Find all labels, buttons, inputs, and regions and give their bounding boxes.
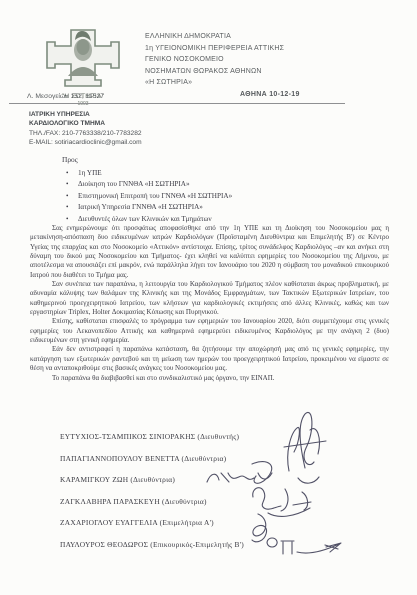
signature-list: ΕΥΤΥΧΙΟΣ-ΤΣΑΜΠΙΚΟΣ ΣΙΝΙΟΡΑΚΗΣ (Διευθυντή… xyxy=(60,426,244,555)
body-paragraph: Το παραπάνω θα διαβιβασθεί και στο συνδι… xyxy=(30,374,389,383)
department-line: E-MAIL: sotiriacardioclinic@gmail.com xyxy=(29,138,142,147)
signature-name: ΚΑΡΑΜΙΓΚΟΥ ΖΩΗ (Διευθύντρια) xyxy=(60,475,175,484)
letter-body: Σας ενημερώνουμε ότι προσφάτως αποφασίσθ… xyxy=(30,224,389,383)
signature-name: ΠΑΠΑΓΙΑΝΝΟΠΟΥΛΟΥ ΒΕΝΕΤΤΑ (Διευθύντρια) xyxy=(60,454,226,463)
signature-name: ΠΑΥΛΟΥΡΟΣ ΘΕΟΔΩΡΟΣ (Επικουρικός-Επιμελητ… xyxy=(60,540,244,549)
org-header-line: «Η ΣΩΤΗΡΙΑ» xyxy=(145,77,284,89)
department-line: ΙΑΤΡΙΚΗ ΥΠΗΡΕΣΙΑ xyxy=(29,110,142,119)
org-header: ΕΛΛΗΝΙΚΗ ΔΗΜΟΚΡΑΤΙΑ1η ΥΓΕΙΟΝΟΜΙΚΗ ΠΕΡΙΦΕ… xyxy=(145,31,284,89)
org-header-line: 1η ΥΓΕΙΟΝΟΜΙΚΗ ΠΕΡΙΦΕΡΕΙΑ ΑΤΤΙΚΗΣ xyxy=(145,43,284,55)
body-paragraph: Επίσης, καθίσταται επισφαλές το πρόγραμμ… xyxy=(30,317,389,345)
org-header-line: ΓΕΝΙΚΟ ΝΟΣΟΚΟΜΕΙΟ xyxy=(145,54,284,66)
department-line: ΤΗΛ./FAX: 210-7763338/210-7783282 xyxy=(29,129,142,138)
department-block: ΙΑΤΡΙΚΗ ΥΠΗΡΕΣΙΑΚΑΡΔΙΟΛΟΓΙΚΟ ΤΜΗΜΑΤΗΛ./F… xyxy=(29,110,142,147)
recipient-item: 1η ΥΠΕ xyxy=(66,168,232,179)
city-date: ΑΘΗΝΑ 10-12-19 xyxy=(240,91,300,98)
signature-row: ΖΑΧΑΡΙΟΓΛΟΥ ΕΥΑΓΓΕΛΙΑ (Επιμελήτρια Α') xyxy=(60,512,244,534)
signature-row: ΕΥΤΥΧΙΟΣ-ΤΣΑΜΠΙΚΟΣ ΣΙΝΙΟΡΑΚΗΣ (Διευθυντή… xyxy=(60,426,244,448)
body-paragraph: Σας ενημερώνουμε ότι προσφάτως αποφασίσθ… xyxy=(30,224,389,280)
signature-row: ΚΑΡΑΜΙΓΚΟΥ ΖΩΗ (Διευθύντρια) xyxy=(60,469,244,491)
letterhead-divider xyxy=(9,103,345,104)
recipients-list: 1η ΥΠΕΔιοίκηση του ΓΝΝΘΑ «Η ΣΩΤΗΡΙΑ»Επισ… xyxy=(66,168,232,225)
signature-row: ΖΑΓΚΛΑΒΗΡΑ ΠΑΡΑΣΚΕΥΗ (Διευθύντρια) xyxy=(60,491,244,513)
signature-row: ΠΑΥΛΟΥΡΟΣ ΘΕΟΔΩΡΟΣ (Επικουρικός-Επιμελητ… xyxy=(60,534,244,556)
body-paragraph: Εάν δεν αντιστραφεί η παραπάνω κατάσταση… xyxy=(30,345,389,373)
logo-year: 1903 xyxy=(42,101,124,107)
org-header-line: ΝΟΣΗΜΑΤΩΝ ΘΩΡΑΚΟΣ ΑΘΗΝΩΝ xyxy=(145,66,284,78)
recipient-item: Επιστημονική Επιτροπή του ΓΝΝΘΑ «Η ΣΩΤΗΡ… xyxy=(66,191,232,202)
body-paragraph: Σαν συνέπεια των παραπάνω, η λειτουργία … xyxy=(30,280,389,317)
recipients-label: Προς xyxy=(62,155,78,164)
org-header-line: ΕΛΛΗΝΙΚΗ ΔΗΜΟΚΡΑΤΙΑ xyxy=(145,31,284,43)
org-address: Λ. Μεσογείων 152, 11527 xyxy=(27,93,104,100)
recipient-item: Διοίκηση του ΓΝΝΘΑ «Η ΣΩΤΗΡΙΑ» xyxy=(66,179,232,190)
signature-name: ΖΑΧΑΡΙΟΓΛΟΥ ΕΥΑΓΓΕΛΙΑ (Επιμελήτρια Α') xyxy=(60,518,214,527)
department-line: ΚΑΡΔΙΟΛΟΓΙΚΟ ΤΜΗΜΑ xyxy=(29,119,142,128)
recipient-item: Ιατρική Υπηρεσία ΓΝΝΘΑ «Η ΣΩΤΗΡΙΑ» xyxy=(66,202,232,213)
signature-name: ΕΥΤΥΧΙΟΣ-ΤΣΑΜΠΙΚΟΣ ΣΙΝΙΟΡΑΚΗΣ (Διευθυντή… xyxy=(60,432,239,441)
signature-row: ΠΑΠΑΓΙΑΝΝΟΠΟΥΛΟΥ ΒΕΝΕΤΤΑ (Διευθύντρια) xyxy=(60,448,244,470)
sotiria-cross-emblem-icon xyxy=(44,28,122,92)
signature-name: ΖΑΓΚΛΑΒΗΡΑ ΠΑΡΑΣΚΕΥΗ (Διευθύντρια) xyxy=(60,497,207,506)
letter-page: "Η ΣΩΤΗΡΙΑ" 1903 ΕΛΛΗΝΙΚΗ ΔΗΜΟΚΡΑΤΙΑ1η Υ… xyxy=(0,0,417,595)
